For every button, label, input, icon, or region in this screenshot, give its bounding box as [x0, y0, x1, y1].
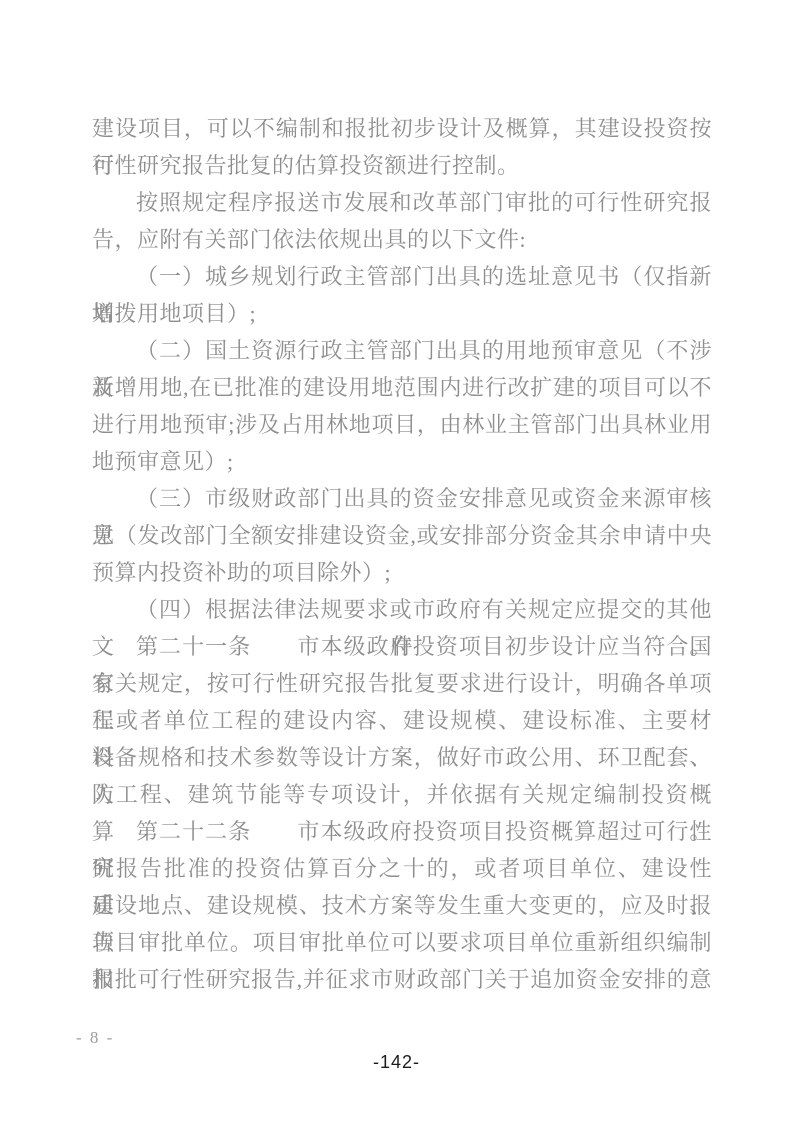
text-line: 第二十二条 市本级政府投资项目投资概算超过可行性研 — [92, 813, 712, 850]
document-body: 建设项目，可以不编制和报批初步设计及概算，其建设投资按可行性研究报告批复的估算投… — [92, 110, 712, 998]
text-line: 有关规定，按可行性研究报告批复要求进行设计，明确各单项工 — [92, 665, 712, 702]
text-line: 第二十一条 市本级政府投资项目初步设计应当符合国家 — [92, 628, 712, 665]
text-line: 地预审意见）; — [92, 443, 712, 480]
document-page: 建设项目，可以不编制和报批初步设计及概算，其建设投资按可行性研究报告批复的估算投… — [0, 0, 793, 1122]
text-line: 划拨用地项目）; — [92, 295, 712, 332]
text-line: 建设地点、建设规模、技术方案等发生重大变更的，应及时报告 — [92, 887, 712, 924]
text-line: 告，应附有关部门依法依规出具的以下文件: — [92, 221, 712, 258]
text-line: 建设项目，可以不编制和报批初步设计及概算，其建设投资按可 — [92, 110, 712, 147]
text-line: 报批可行性研究报告,并征求市财政部门关于追加资金安排的意 — [92, 961, 712, 998]
text-line: 行性研究报告批复的估算投资额进行控制。 — [92, 147, 712, 184]
text-line: 进行用地预审;涉及占用林地项目，由林业主管部门出具林业用 — [92, 406, 712, 443]
text-line: 程或者单位工程的建设内容、建设规模、建设标准、主要材料、 — [92, 702, 712, 739]
text-line: （一）城乡规划行政主管部门出具的选址意见书（仅指新增 — [92, 258, 712, 295]
text-line: 究报告批准的投资估算百分之十的，或者项目单位、建设性质、 — [92, 850, 712, 887]
text-line: 项目审批单位。项目审批单位可以要求项目单位重新组织编制和 — [92, 924, 712, 961]
text-line: （二）国土资源行政主管部门出具的用地预审意见（不涉及 — [92, 332, 712, 369]
text-line: 新增用地,在已批准的建设用地范围内进行改扩建的项目可以不 — [92, 369, 712, 406]
page-number-left: - 8 - — [76, 1028, 114, 1048]
text-line: 防工程、建筑节能等专项设计，并依据有关规定编制投资概算。 — [92, 776, 712, 813]
page-number-center: -142- — [0, 1052, 793, 1073]
text-line: 预算内投资补助的项目除外）; — [92, 554, 712, 591]
text-line: 见（发改部门全额安排建设资金,或安排部分资金其余申请中央 — [92, 517, 712, 554]
text-line: （四）根据法律法规要求或市政府有关规定应提交的其他文件。 — [92, 591, 712, 628]
text-line: （三）市级财政部门出具的资金安排意见或资金来源审核意 — [92, 480, 712, 517]
text-line: 设备规格和技术参数等设计方案，做好市政公用、环卫配套、人 — [92, 739, 712, 776]
text-line: 按照规定程序报送市发展和改革部门审批的可行性研究报 — [92, 184, 712, 221]
